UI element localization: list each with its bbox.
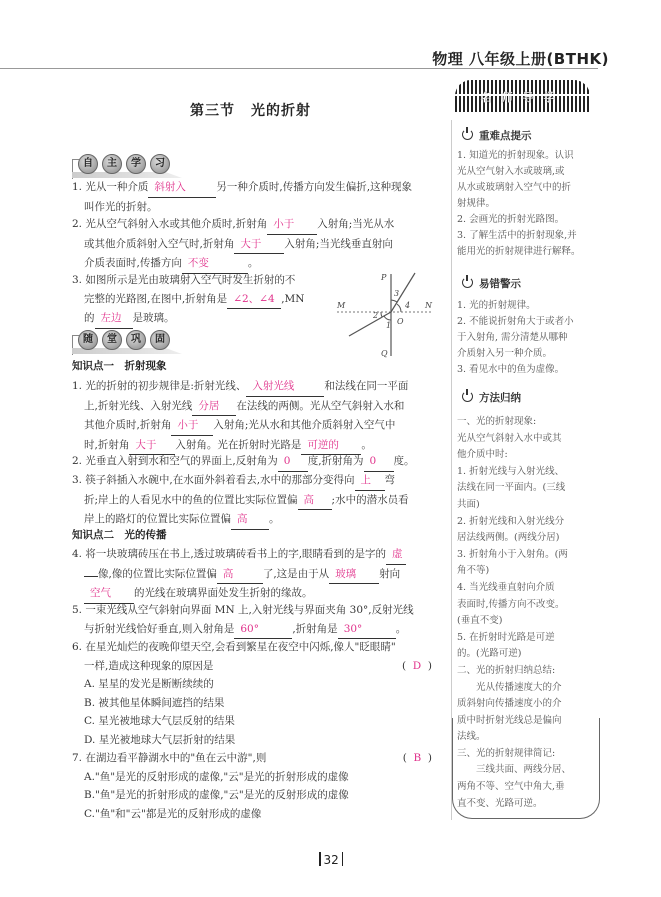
kp1-q2: 2. 光垂直入射到水和空气的界面上,反射角为0度,折射角为0度。: [72, 452, 432, 472]
svg-text:2: 2: [372, 311, 378, 320]
kp2-q5: 5. 一束光线从空气斜射向界面 MN 上,入射光线与界面夹角 30°,反射光线 …: [72, 601, 432, 639]
book-title: 物理 八年级上册(BTHK): [432, 48, 609, 69]
option-b[interactable]: B. 被其他星体瞬间遮挡的结果: [72, 694, 432, 713]
svg-text:P: P: [380, 273, 387, 282]
option-a[interactable]: A."鱼"是光的反射形成的虚像,"云"是光的折射形成的虚像: [72, 768, 432, 787]
self-study-q1: 1. 光从一种介质斜射入另一种介质时,传播方向发生偏折,这种现象 叫作光的折射。: [72, 178, 432, 216]
kp1-q1: 1. 光的折射的初步规律是:折射光线、入射光线和法线在同一平面 上,折射光线、入…: [72, 377, 432, 455]
option-c[interactable]: C. 星光被地球大气层反射的结果: [72, 712, 432, 731]
answer-blank[interactable]: 左边: [95, 309, 133, 329]
svg-text:M: M: [336, 301, 346, 310]
option-d[interactable]: D. 星光被地球大气层折射的结果: [72, 731, 432, 750]
answer-blank[interactable]: 大于: [234, 235, 284, 255]
svg-text:1: 1: [386, 321, 391, 330]
section-title: 第三节光的折射: [190, 100, 311, 120]
option-a[interactable]: A. 星星的发光是断断续续的: [72, 675, 432, 694]
kp1-q3: 3. 筷子斜插入水碗中,在水面外斜着看去,水中的那部分变得向上弯 折;岸上的人看…: [72, 471, 432, 530]
teacher-guide-badge: 名师导学: [455, 80, 590, 112]
knowledge-point-2-title: 知识点二 光的传播: [72, 526, 432, 545]
answer-blank[interactable]: ∠2、∠4: [227, 290, 281, 310]
svg-text:3: 3: [394, 289, 399, 298]
kp2-q6: 6. 在星光灿烂的夜晚仰望天空,会看到繁星在夜空中闪烁,像人"眨眼睛" 一样,造…: [72, 638, 432, 749]
sidebar-divider: [451, 120, 452, 820]
answer-blank[interactable]: 虚: [386, 545, 406, 565]
warnings-list: 1. 光的折射规律。2. 不能说折射角大于或者小于入射角, 需分清楚从哪种介质射…: [457, 298, 597, 378]
svg-text:4: 4: [404, 301, 410, 310]
kp2-q7: 7. 在湖边看平静湖水中的"鱼在云中游",则( B ) A."鱼"是光的反射形成…: [72, 749, 432, 823]
answer-blank[interactable]: 高: [298, 491, 332, 511]
power-icon: [462, 391, 473, 402]
kp2-q4: 4. 将一块玻璃砖压在书上,透过玻璃砖看书上的字,眼睛看到的是字的虚 像,像的位…: [72, 545, 432, 604]
svg-text:N: N: [424, 301, 433, 310]
answer-blank[interactable]: 上: [355, 471, 385, 491]
key-points-heading: 重难点提示: [462, 128, 532, 143]
header-divider: [0, 68, 598, 69]
answer-blank[interactable]: 高: [217, 565, 263, 585]
warnings-heading: 易错警示: [462, 276, 521, 291]
answer-blank[interactable]: 小于: [267, 215, 317, 235]
answer-blank[interactable]: 玻璃: [329, 565, 379, 585]
answer-blank[interactable]: 0: [278, 452, 308, 472]
svg-text:O: O: [397, 317, 404, 326]
page-number: 32: [316, 852, 346, 867]
answer-blank[interactable]: 30°: [338, 620, 396, 640]
answer-blank[interactable]: 分居: [192, 397, 236, 417]
power-icon: [462, 129, 473, 140]
self-study-q3: 3. 如图所示是光由玻璃射入空气时发生折射的不 完整的光路图,在图中,折射角是∠…: [72, 271, 342, 329]
answer-choice[interactable]: ( D ): [402, 657, 432, 676]
methods-heading: 方法归纳: [462, 390, 521, 405]
power-icon: [462, 277, 473, 288]
answer-blank[interactable]: 小于: [171, 416, 213, 436]
knowledge-point-1-title: 知识点一 折射现象: [72, 357, 432, 376]
answer-blank[interactable]: 入射光线: [246, 377, 324, 397]
consolidate-tag: 随 堂 巩 固: [72, 328, 192, 354]
refraction-diagram: P M N O Q 1 2 3 4: [335, 268, 435, 360]
option-c[interactable]: C."鱼"和"云"都是光的反射形成的虚像: [72, 805, 432, 824]
self-study-q2: 2. 光从空气斜射入水或其他介质时,折射角小于入射角;当光从水 或其他介质斜射入…: [72, 215, 432, 274]
answer-blank[interactable]: 0: [364, 452, 394, 472]
self-study-tag: 自 主 学 习: [72, 152, 192, 178]
answer-blank[interactable]: 60°: [234, 620, 292, 640]
answer-blank[interactable]: 斜射入: [148, 178, 216, 198]
methods-box-bottom: [452, 718, 600, 819]
answer-choice[interactable]: ( B ): [403, 749, 432, 768]
option-b[interactable]: B."鱼"是光的折射形成的虚像,"云"是光的反射形成的虚像: [72, 786, 432, 805]
key-points-list: 1. 知道光的折射现象。认识光从空气射入水或玻璃,或从水或玻璃射入空气中的折射规…: [457, 148, 597, 260]
